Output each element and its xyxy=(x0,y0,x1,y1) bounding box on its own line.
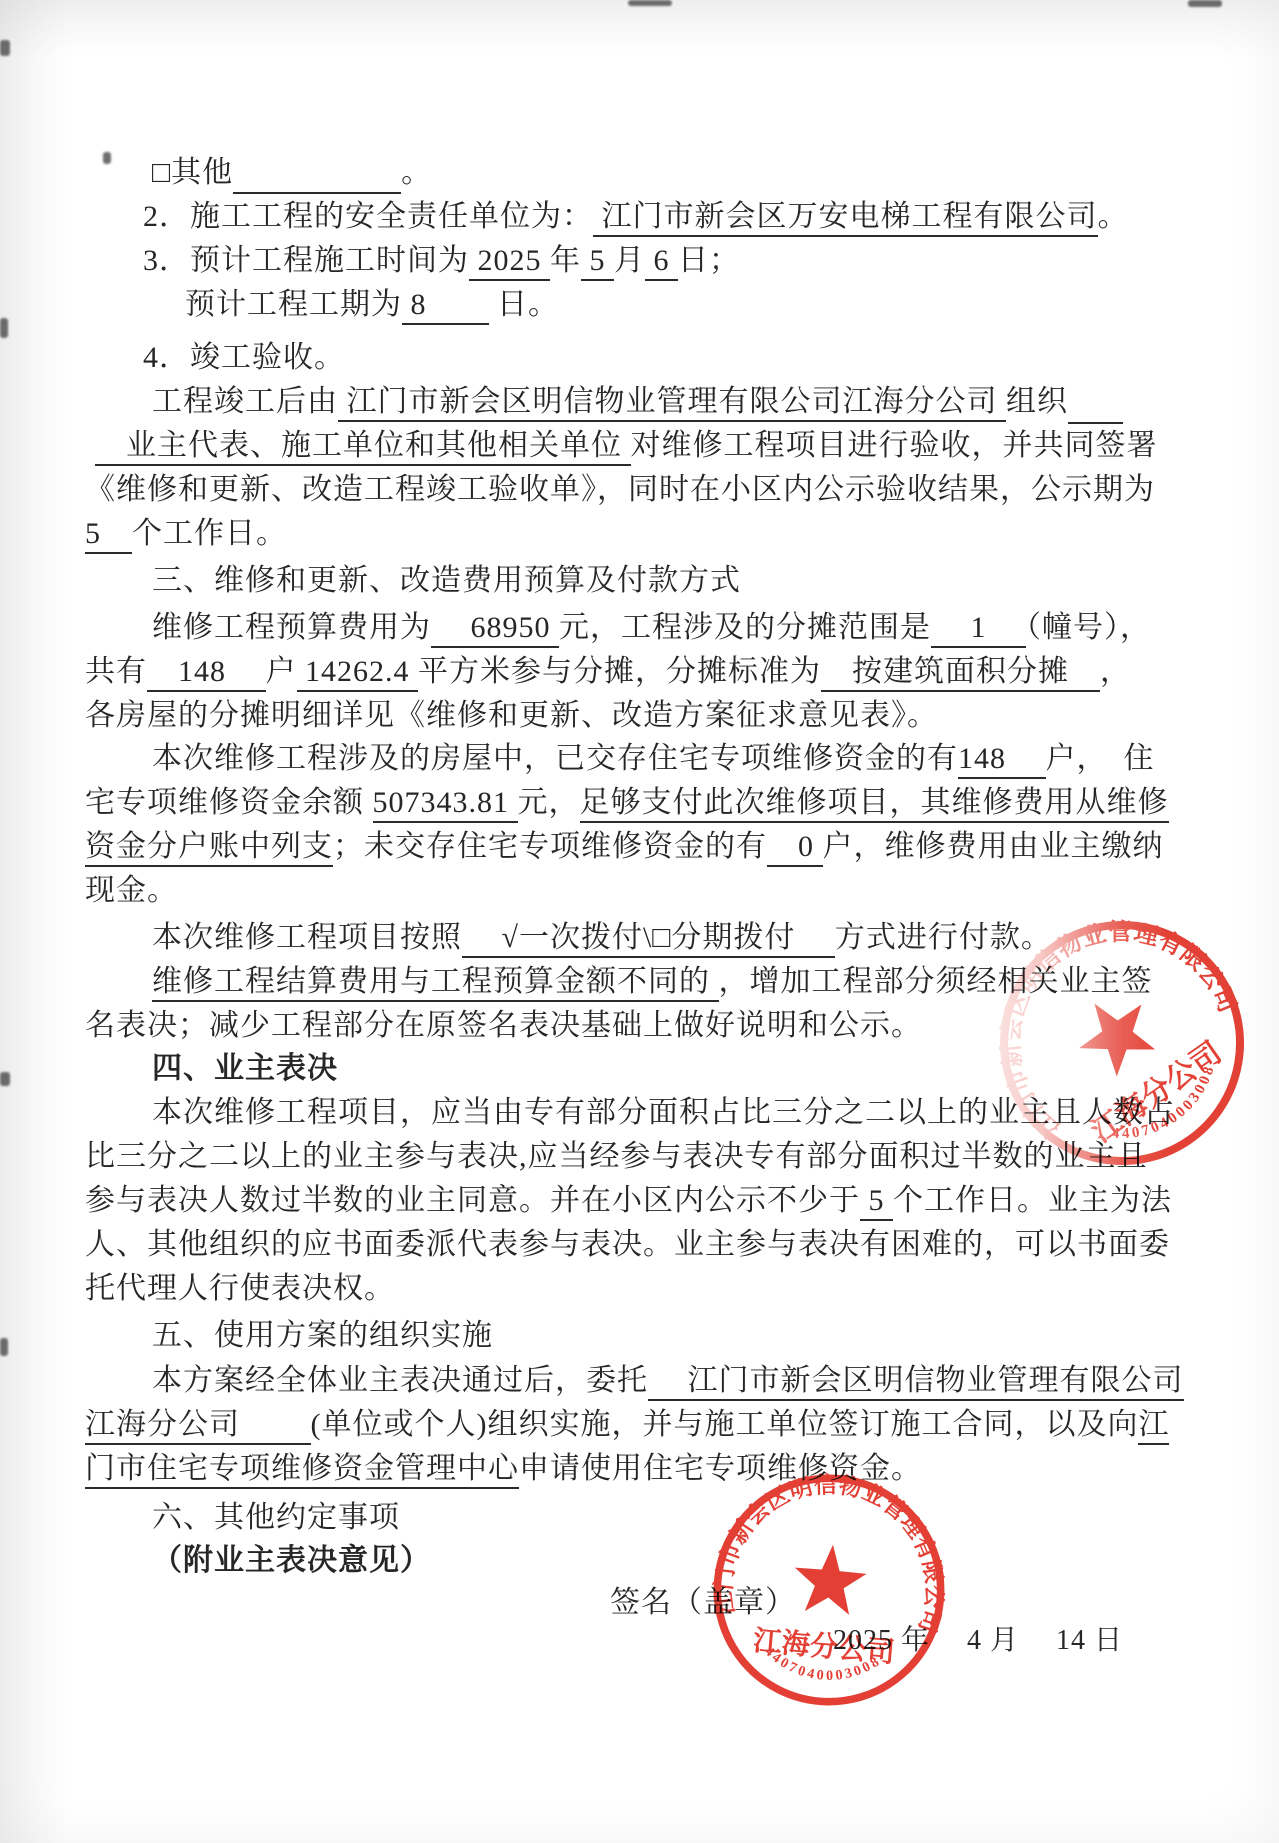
text-segment: 对维修工程项目进行验收，并共同签署 xyxy=(631,429,1158,462)
text-segment: 比三分之二以上的业主参与表决,应当经参与表决专有部分面积过半数的业主且 xyxy=(85,1140,1148,1173)
text-segment: 元，工程涉及的分摊范围是 xyxy=(559,611,931,644)
scan-artifact xyxy=(0,318,8,338)
text-segment: 预计工程工期为 xyxy=(185,288,402,321)
text-segment: 三、维修和更新、改造费用预算及付款方式 xyxy=(152,564,741,597)
text-segment: 名表决；减少工程部分在原签名表决基础上做好说明和公示。 xyxy=(85,1009,922,1042)
text-segment: 江门市新会区万安电梯工程有限公司 xyxy=(593,200,1098,237)
scan-artifact xyxy=(0,1072,10,1086)
text-segment: □其他 xyxy=(152,156,233,189)
document-line: 三、维修和更新、改造费用预算及付款方式 xyxy=(152,560,741,602)
document-line: 托代理人行使表决权。 xyxy=(85,1268,395,1310)
text-segment: 共有 xyxy=(85,655,147,688)
text-segment: 5 xyxy=(860,1184,893,1221)
text-segment: 江海分公司 xyxy=(85,1408,311,1445)
text-segment: 各房屋的分摊明细详见《维修和更新、改造方案征求意见表》。 xyxy=(85,699,938,732)
text-segment: 足够支付此次维修项目，其维修费用从维修 xyxy=(580,786,1169,823)
text-segment: 日； xyxy=(678,244,740,277)
document-line: 各房屋的分摊明细详见《维修和更新、改造方案征求意见表》。 xyxy=(85,695,938,737)
text-segment: （幢号）， xyxy=(1026,611,1151,644)
text-segment: 宅专项维修资金余额 xyxy=(85,786,373,819)
document-line: 五、使用方案的组织实施 xyxy=(152,1315,493,1357)
document-line: 参与表决人数过半数的业主同意。并在小区内公示不少于 5 个工作日。业主为法 xyxy=(85,1180,1172,1222)
text-segment: ，增加工程部分须经相关业主签 xyxy=(719,965,1153,998)
document-line: 本次维修工程项目，应当由专有部分面积占比三分之二以上的业主且人数占 xyxy=(152,1092,1175,1134)
text-segment: 本次维修工程涉及的房屋中，已交存住宅专项维修资金的有 xyxy=(152,742,958,775)
text-segment: (单位或个人)组织实施，并与施工单位签订施工合同，以及向 xyxy=(311,1408,1139,1441)
seal-star-icon xyxy=(791,1542,869,1617)
text-segment: ；未交存住宅专项维修资金的有 xyxy=(333,830,767,863)
scan-artifact xyxy=(0,1338,8,1356)
document-line: 维修工程预算费用为 68950 元，工程涉及的分摊范围是 1 （幢号）， xyxy=(152,607,1151,649)
text-segment: 年 xyxy=(550,244,581,277)
document-line: 现金。 xyxy=(85,870,178,912)
document-page: □其他。2．施工工程的安全责任单位为： 江门市新会区万安电梯工程有限公司。3．预… xyxy=(0,0,1279,1843)
text-segment: 1 xyxy=(931,611,1026,648)
signature-label: 签名（盖章） xyxy=(610,1582,796,1624)
text-segment: 本次维修工程项目按照 xyxy=(152,921,462,954)
document-line: 六、其他约定事项 xyxy=(152,1497,400,1539)
text-segment: 户 xyxy=(266,655,297,688)
document-line: 预计工程工期为 8 日。 xyxy=(185,284,559,326)
document-line: 5 个工作日。 xyxy=(85,513,287,555)
text-segment: 按建筑面积分摊 xyxy=(821,655,1100,692)
document-line: 共有 148 户 14262.4 平方米参与分摊，分摊标准为 按建筑面积分摊 ， xyxy=(85,651,1131,693)
document-line: 比三分之二以上的业主参与表决,应当经参与表决专有部分面积过半数的业主且 xyxy=(85,1136,1148,1178)
text-segment: 五、使用方案的组织实施 xyxy=(152,1319,493,1352)
text-segment: 江 xyxy=(1138,1408,1169,1445)
blank-field xyxy=(1068,390,1123,424)
text-segment: 《维修和更新、改造工程竣工验收单》，同时在小区内公示验收结果，公示期为 xyxy=(85,473,1155,506)
document-line: 维修工程结算费用与工程预算金额不同的 ，增加工程部分须经相关业主签 xyxy=(152,961,1153,1003)
text-segment: 现金。 xyxy=(85,874,178,907)
text-segment: 2025 年 4 月 14 日 xyxy=(833,1625,1123,1656)
text-segment: 签名（盖章） xyxy=(610,1586,796,1619)
text-segment: 14262.4 xyxy=(297,655,419,692)
document-line: 4．竣工验收。 xyxy=(143,337,345,379)
document-line: 业主代表、施工单位和其他相关单位 对维修工程项目进行验收，并共同签署 xyxy=(95,425,1158,467)
text-segment: 组织 xyxy=(1006,385,1068,418)
document-line: 门市住宅专项维修资金管理中心申请使用住宅专项维修资金。 xyxy=(85,1448,922,1490)
text-segment: 元， xyxy=(518,786,580,819)
text-segment: 托代理人行使表决权。 xyxy=(85,1272,395,1305)
text-segment: 日。 xyxy=(489,288,560,321)
text-segment: 江门市新会区明信物业管理有限公司江海分公司 xyxy=(338,385,1006,422)
text-segment: 0 xyxy=(767,830,823,867)
text-segment: 资金分户账中列支 xyxy=(85,830,333,867)
text-segment: 六、其他约定事项 xyxy=(152,1501,400,1534)
text-segment: 工程竣工后由 xyxy=(152,385,338,418)
document-line: 本方案经全体业主表决通过后，委托 江门市新会区明信物业管理有限公司 xyxy=(152,1360,1184,1402)
text-segment: 148 xyxy=(147,655,266,692)
text-segment: 平方米参与分摊，分摊标准为 xyxy=(418,655,821,688)
text-segment: 507343.81 xyxy=(373,786,518,823)
document-line: 本次维修工程项目按照 √一次拨付\□分期拨付 方式进行付款。 xyxy=(152,917,1052,959)
document-line: 3．预计工程施工时间为 2025 年 5 月 6 日； xyxy=(143,240,740,282)
text-segment: 5 xyxy=(85,517,132,554)
text-segment: 方式进行付款。 xyxy=(835,921,1052,954)
text-segment: √一次拨付\□分期拨付 xyxy=(462,921,835,958)
document-line: 四、业主表决 xyxy=(152,1048,338,1090)
document-line: 人、其他组织的应书面委派代表参与表决。业主参与表决有困难的，可以书面委 xyxy=(85,1224,1170,1266)
text-segment: 维修工程结算费用与工程预算金额不同的 xyxy=(152,965,719,1002)
document-line: 江海分公司 (单位或个人)组织实施，并与施工单位签订施工合同，以及向江 xyxy=(85,1404,1169,1446)
text-segment: 148 xyxy=(958,742,1046,779)
scan-artifact xyxy=(0,40,10,56)
text-segment: 参与表决人数过半数的业主同意。并在小区内公示不少于 xyxy=(85,1184,860,1217)
text-segment: 月 xyxy=(614,244,645,277)
document-line: 工程竣工后由 江门市新会区明信物业管理有限公司江海分公司 组织 xyxy=(152,381,1123,423)
text-segment: 8 xyxy=(402,288,489,325)
text-segment: 户，维修费用由业主缴纳 xyxy=(823,830,1164,863)
text-segment: 4．竣工验收。 xyxy=(143,341,345,374)
document-line: 2．施工工程的安全责任单位为： 江门市新会区万安电梯工程有限公司。 xyxy=(143,196,1129,238)
text-segment: 。 xyxy=(1098,200,1129,233)
document-line: 资金分户账中列支；未交存住宅专项维修资金的有 0 户，维修费用由业主缴纳 xyxy=(85,826,1164,868)
text-segment: 3．预计工程施工时间为 xyxy=(143,244,469,277)
document-line: 名表决；减少工程部分在原签名表决基础上做好说明和公示。 xyxy=(85,1005,922,1047)
document-line: □其他。 xyxy=(152,152,432,194)
text-segment: 。 xyxy=(401,156,432,189)
scan-artifact xyxy=(103,152,111,164)
document-line: （附业主表决意见） xyxy=(152,1540,431,1582)
text-segment: 2025 xyxy=(469,244,550,281)
text-segment: 申请使用住宅专项维修资金。 xyxy=(519,1452,922,1485)
document-line: 本次维修工程涉及的房屋中，已交存住宅专项维修资金的有148 户， 住 xyxy=(152,738,1155,780)
scan-artifact xyxy=(1188,0,1222,7)
text-segment: 维修工程预算费用为 xyxy=(152,611,431,644)
text-segment: 2．施工工程的安全责任单位为： xyxy=(143,200,593,233)
text-segment: 68950 xyxy=(431,611,559,648)
text-segment: 业主代表、施工单位和其他相关单位 xyxy=(95,429,631,466)
text-segment: 个工作日。业主为法 xyxy=(893,1184,1172,1217)
document-line: 宅专项维修资金余额 507343.81 元，足够支付此次维修项目，其维修费用从维… xyxy=(85,782,1169,824)
text-segment: 四、业主表决 xyxy=(152,1052,338,1085)
date-line: 2025 年 4 月 14 日 xyxy=(833,1620,1123,1662)
text-segment: ， xyxy=(1100,655,1131,688)
text-segment: 江门市新会区明信物业管理有限公司 xyxy=(648,1364,1184,1401)
scan-artifact xyxy=(628,0,672,6)
text-segment: 本方案经全体业主表决通过后，委托 xyxy=(152,1364,648,1397)
text-segment: 户， xyxy=(1046,742,1093,775)
text-segment: 住 xyxy=(1093,742,1155,775)
text-segment: 6 xyxy=(645,244,678,281)
text-segment: 人、其他组织的应书面委派代表参与表决。业主参与表决有困难的，可以书面委 xyxy=(85,1228,1170,1261)
text-segment: 门市住宅专项维修资金管理中心 xyxy=(85,1452,519,1489)
text-segment: （附业主表决意见） xyxy=(152,1544,431,1577)
text-segment: 本次维修工程项目，应当由专有部分面积占比三分之二以上的业主且人数占 xyxy=(152,1096,1175,1129)
document-line: 《维修和更新、改造工程竣工验收单》，同时在小区内公示验收结果，公示期为 xyxy=(85,469,1155,511)
text-segment: 5 xyxy=(581,244,614,281)
blank-field xyxy=(233,160,401,194)
text-segment: 个工作日。 xyxy=(132,517,287,550)
